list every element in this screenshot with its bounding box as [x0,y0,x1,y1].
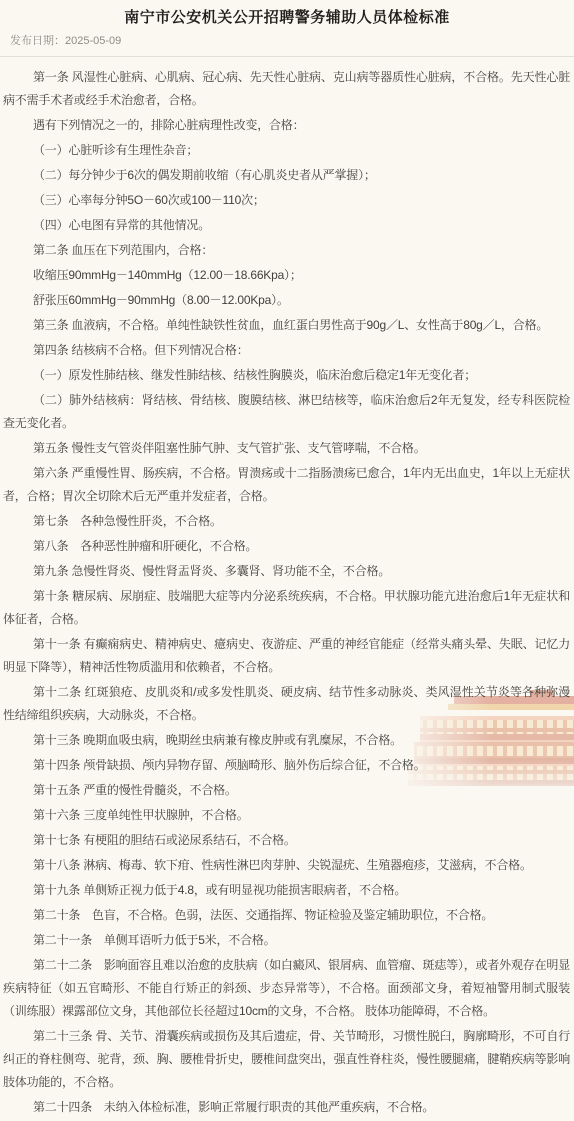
article-paragraph: 第八条 各种恶性肿瘤和肝硬化，不合格。 [3,535,570,558]
article-paragraph: 第十七条 有梗阻的胆结石或泌尿系结石，不合格。 [3,829,570,852]
article-paragraph: 舒张压60mmHg－90mmHg（8.00－12.00Kpa）。 [3,289,570,312]
article-paragraph: 第二十四条 未纳入体检标准，影响正常履行职责的其他严重疾病，不合格。 [3,1096,570,1119]
article-paragraph: 第三条 血液病，不合格。单纯性缺铁性贫血，血红蛋白男性高于90g／L、女性高于8… [3,314,570,337]
article-paragraph: 第五条 慢性支气管炎伴阻塞性肺气肿、支气管扩张、支气管哮喘，不合格。 [3,437,570,460]
article-header: 南宁市公安机关公开招聘警务辅助人员体检标准 发布日期：2025-05-09 [0,0,574,48]
article-paragraph: 第二十二条 影响面容且难以治愈的皮肤病（如白癜风、银屑病、血管瘤、斑痣等），或者… [3,954,570,1023]
article-paragraph: 第四条 结核病不合格。但下列情况合格： [3,339,570,362]
article-paragraph: 第九条 急慢性肾炎、慢性肾盂肾炎、多囊肾、肾功能不全，不合格。 [3,560,570,583]
publish-date: 发布日期：2025-05-09 [10,35,564,48]
article-paragraph: （二）每分钟少于6次的偶发期前收缩（有心肌炎史者从严掌握）； [3,164,570,187]
article-paragraph: 第二十条 色盲，不合格。色弱，法医、交通指挥、物证检验及鉴定辅助职位，不合格。 [3,904,570,927]
article-paragraph: 第二十一条 单侧耳语听力低于5米，不合格。 [3,929,570,952]
article-paragraph: 第二十三条 骨、关节、滑囊疾病或损伤及其后遗症，骨、关节畸形，习惯性脱臼，胸廓畸… [3,1025,570,1094]
article-paragraph: （三）心率每分钟5O－60次或100－110次； [3,189,570,212]
article-paragraph: （二）肺外结核病：肾结核、骨结核、腹膜结核、淋巴结核等，临床治愈后2年无复发，经… [3,389,570,435]
publish-date-value: 2025-05-09 [65,35,121,47]
article-paragraph: 第十六条 三度单纯性甲状腺肿，不合格。 [3,804,570,827]
publish-date-label: 发布日期： [10,35,65,47]
document-body: 第一条 风湿性心脏病、心肌病、冠心病、先天性心脏病、克山病等器质性心脏病，不合格… [0,57,574,1119]
article-paragraph: （四）心电图有异常的其他情况。 [3,214,570,237]
article-paragraph: 第十一条 有癫痫病史、精神病史、癔病史、夜游症、严重的神经官能症（经常头痛头晕、… [3,633,570,679]
article-paragraph: （一）心脏听诊有生理性杂音； [3,139,570,162]
article-paragraph: 第一条 风湿性心脏病、心肌病、冠心病、先天性心脏病、克山病等器质性心脏病，不合格… [3,66,570,112]
article-paragraph: 第十三条 晚期血吸虫病，晚期丝虫病兼有橡皮肿或有乳糜尿，不合格。 [3,729,570,752]
article-paragraph: 遇有下列情况之一的，排除心脏病理性改变，合格： [3,114,570,137]
article-paragraph: 第十八条 淋病、梅毒、软下疳、性病性淋巴肉芽肿、尖锐湿疣、生殖器疱疹，艾滋病，不… [3,854,570,877]
article-paragraph: 收缩压90mmHg－140mmHg（12.00－18.66Kpa）； [3,264,570,287]
article-paragraph: 第七条 各种急慢性肝炎，不合格。 [3,510,570,533]
article-paragraph: 第二条 血压在下列范围内，合格： [3,239,570,262]
article-paragraph: 第十二条 红斑狼疮、皮肌炎和/或多发性肌炎、硬皮病、结节性多动脉炎、类风湿性关节… [3,681,570,727]
article-paragraph: 第十条 糖尿病、尿崩症、肢端肥大症等内分泌系统疾病，不合格。甲状腺功能亢进治愈后… [3,585,570,631]
article-paragraph: 第十五条 严重的慢性骨髓炎，不合格。 [3,779,570,802]
article-paragraph: 第六条 严重慢性胃、肠疾病，不合格。胃溃疡或十二指肠溃疡已愈合，1年内无出血史，… [3,462,570,508]
article-paragraph: （一）原发性肺结核、继发性肺结核、结核性胸膜炎，临床治愈后稳定1年无变化者； [3,364,570,387]
page-title: 南宁市公安机关公开招聘警务辅助人员体检标准 [10,8,564,28]
article-paragraph: 第十四条 颅骨缺损、颅内异物存留、颅脑畸形、脑外伤后综合征，不合格。 [3,754,570,777]
article-paragraph: 第十九条 单侧矫正视力低于4.8，或有明显视功能损害眼病者，不合格。 [3,879,570,902]
